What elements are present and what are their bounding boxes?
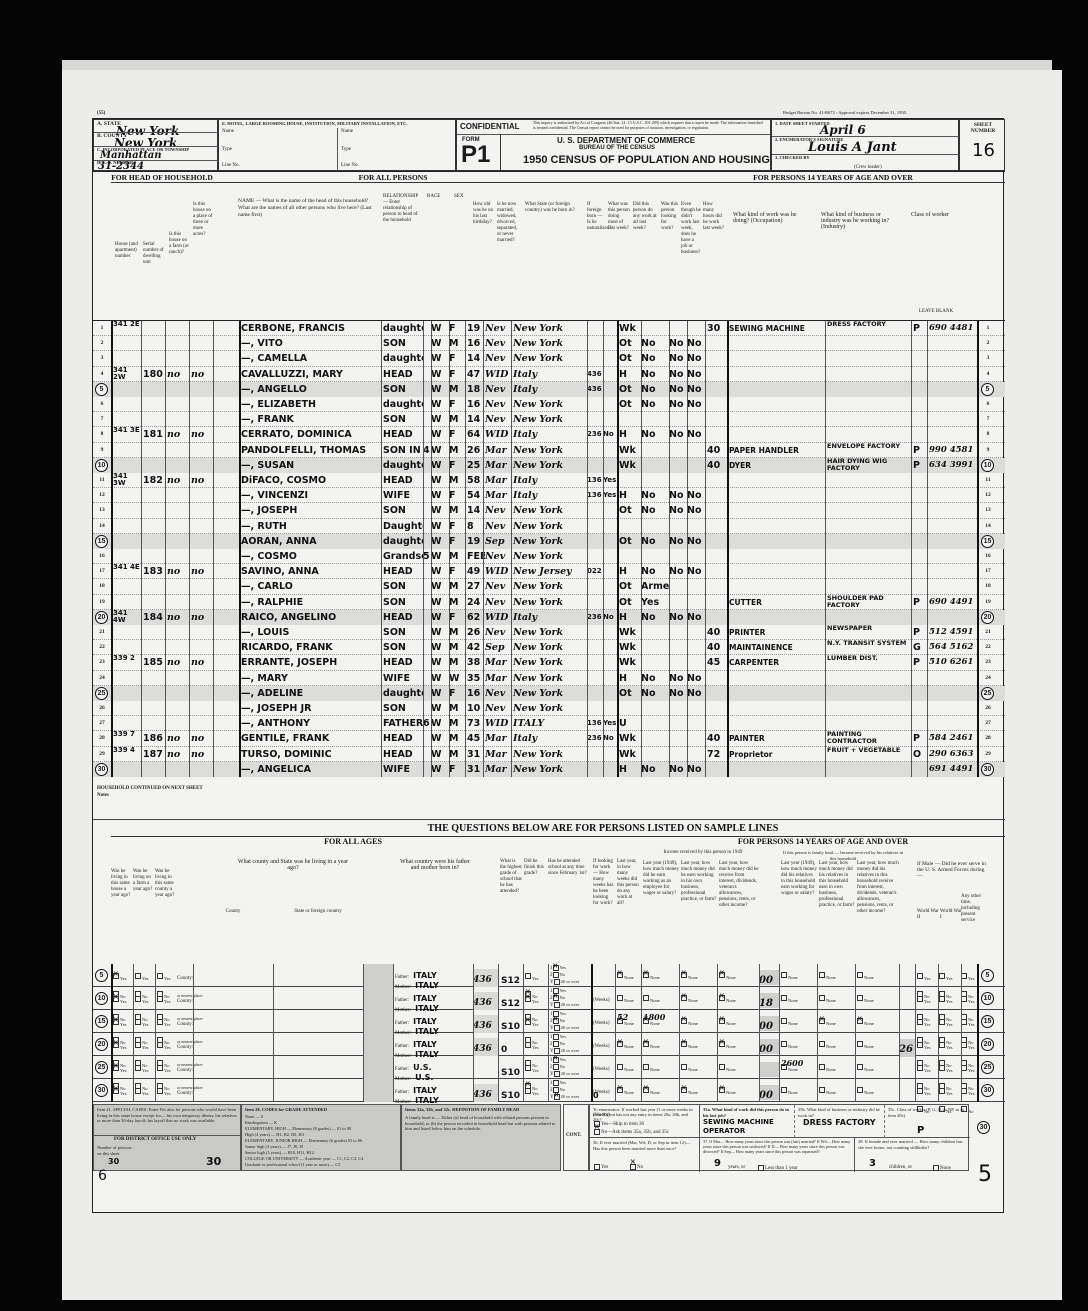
cell-sex: M	[449, 336, 465, 351]
grade-code-item: Graduate or professional school (1 year …	[245, 1162, 399, 1168]
checkbox-28[interactable]: 1Yes2NoY20 or over	[550, 988, 590, 1009]
cell-nat	[603, 336, 617, 351]
income-c31c[interactable]: None	[719, 1035, 757, 1053]
family-income-c32b[interactable]: None	[819, 1081, 857, 1099]
checkbox[interactable]	[681, 1087, 687, 1093]
income-c31c[interactable]: None	[719, 966, 757, 984]
section-persons-14-and-over: FOR PERSONS 14 YEARS OF AGE AND OVER	[703, 173, 963, 182]
q38-none-checkbox[interactable]	[933, 1165, 939, 1171]
checkbox[interactable]	[857, 1041, 863, 1047]
checkbox[interactable]	[554, 1025, 560, 1031]
checkbox[interactable]	[781, 1041, 787, 1047]
checkbox[interactable]	[553, 965, 559, 971]
cell-acres: no	[191, 610, 213, 625]
family-income-c32b[interactable]: None	[819, 966, 857, 984]
income-c31a[interactable]: None	[643, 1081, 681, 1099]
cell-c15: Ot	[619, 579, 641, 594]
checkbox[interactable]	[617, 1041, 623, 1047]
q34-no-checkbox[interactable]	[594, 1129, 600, 1135]
cell-race: W	[431, 443, 447, 458]
cell-c17: No	[669, 397, 687, 412]
cell-birthplace: New York	[513, 458, 585, 473]
column-divider	[911, 321, 912, 777]
cell-industry	[827, 701, 911, 716]
cell-industry	[827, 412, 911, 427]
cell-c15: Ot	[619, 382, 641, 397]
enumerator-box: 1. DATE SHEET STARTED April 6 2. ENUMERA…	[771, 119, 959, 171]
cell-cls	[913, 610, 927, 625]
checkbox[interactable]	[819, 1041, 825, 1047]
cell-marital: WID	[485, 367, 511, 382]
sample-line-marker: 5	[95, 969, 108, 982]
checkbox[interactable]	[719, 1018, 725, 1024]
cell-a	[423, 655, 431, 670]
cell-farm	[167, 549, 189, 564]
col-header-age: How old was he on his last birthday?	[473, 202, 495, 226]
checkbox[interactable]	[917, 996, 923, 1002]
cell-farm	[167, 412, 189, 427]
income-c31c[interactable]: None	[719, 1081, 757, 1099]
cell-serial	[143, 579, 165, 594]
cell-house	[113, 351, 141, 366]
cell-cls	[913, 488, 927, 503]
checkbox[interactable]	[917, 973, 923, 979]
cell-race: W	[431, 321, 447, 336]
cell-c15: Wk	[619, 458, 641, 473]
cell-code	[929, 519, 977, 534]
checkbox[interactable]	[643, 1041, 649, 1047]
checkbox[interactable]	[617, 972, 623, 978]
cell-occupation: CUTTER	[729, 595, 825, 610]
cell-industry	[827, 549, 911, 564]
cell-house	[113, 519, 141, 534]
cell-rel: daughter	[383, 534, 423, 549]
cell-c18: No	[687, 367, 705, 382]
family-income-c32b[interactable]: None	[819, 1035, 857, 1053]
checkbox[interactable]	[719, 972, 725, 978]
checkbox-28[interactable]: 1Yes2NoY20 or over	[550, 1057, 590, 1078]
checkbox[interactable]	[643, 972, 649, 978]
checkbox[interactable]	[643, 1018, 649, 1024]
line-number: 8	[93, 431, 111, 437]
bureau-name: BUREAU OF THE CENSUS	[579, 145, 655, 151]
checkbox[interactable]	[857, 972, 863, 978]
family-income-c32c[interactable]: None	[857, 966, 895, 984]
income-c31c[interactable]: None	[719, 1012, 757, 1030]
checkbox[interactable]	[525, 973, 531, 979]
cell-rel: SON	[383, 701, 423, 716]
checkbox-28[interactable]: 1Yes2NoY20 or over	[550, 965, 590, 986]
cell-code	[929, 367, 977, 382]
line-number: 7	[93, 416, 111, 422]
sample-row: 25YesNoYesNoYesNoCounty:or nearest place…	[93, 1056, 1005, 1079]
checkbox[interactable]	[857, 995, 863, 1001]
checkbox[interactable]	[857, 1018, 863, 1024]
checkbox[interactable]	[617, 1018, 623, 1024]
name-label-2: Name	[341, 129, 353, 135]
family-income-c32a[interactable]: None	[781, 1012, 819, 1030]
checkbox[interactable]	[719, 1041, 725, 1047]
cell-marital: WID	[485, 427, 511, 442]
persons-on-sheet: 30	[108, 1157, 119, 1166]
checkbox[interactable]	[157, 973, 163, 979]
checkbox[interactable]	[135, 996, 141, 1002]
cell-cls	[913, 427, 927, 442]
cell-industry	[827, 671, 911, 686]
cell-b	[587, 655, 603, 670]
cell-nat: Yes	[603, 488, 617, 503]
checkbox[interactable]	[781, 1064, 787, 1070]
checkbox[interactable]	[525, 996, 531, 1002]
line-number: 18	[93, 583, 111, 589]
income-c31b[interactable]: None	[681, 989, 719, 1007]
checkbox[interactable]	[525, 1019, 531, 1025]
checkbox[interactable]	[719, 1087, 725, 1093]
col-header-house-number: House (and apartment) number	[115, 242, 139, 260]
cell-marital: Mar	[485, 488, 511, 503]
cell-c15: H	[619, 427, 641, 442]
checkbox[interactable]	[553, 1080, 559, 1086]
income-c31a[interactable]: None	[643, 1058, 681, 1076]
line-number-right: 6	[981, 401, 995, 407]
income-c31c[interactable]: None	[719, 989, 757, 1007]
col-header-class: Class of worker	[911, 212, 961, 218]
q34-yes-option[interactable]: Yes—Skip to item 36	[594, 1121, 644, 1128]
checkbox[interactable]	[819, 1087, 825, 1093]
income-c31c[interactable]: None	[719, 1058, 757, 1076]
checkbox[interactable]	[554, 1002, 560, 1008]
cell-acres	[191, 443, 213, 458]
cell-acres: no	[191, 473, 213, 488]
checkbox[interactable]	[553, 1064, 559, 1070]
q38-none-label: None	[940, 1166, 951, 1171]
checkbox[interactable]	[939, 1088, 945, 1094]
cell-c15: Ot	[619, 686, 641, 701]
cell-rel: SON	[383, 625, 423, 640]
cell-industry: HAIR DYING WIG FACTORY	[827, 458, 911, 473]
cell-industry	[827, 716, 911, 731]
checkbox[interactable]	[917, 1088, 923, 1094]
cell-farm	[167, 701, 189, 716]
checkbox[interactable]	[939, 1019, 945, 1025]
cell-name: CAVALLUZZI, MARY	[241, 367, 381, 382]
checkbox[interactable]	[643, 1087, 649, 1093]
checkbox[interactable]	[157, 996, 163, 1002]
checkbox[interactable]	[819, 972, 825, 978]
cell-race: W	[431, 747, 447, 762]
cell-code	[929, 701, 977, 716]
family-income-c32a[interactable]: None	[781, 1058, 819, 1076]
cell-b	[587, 458, 603, 473]
cell-c18	[687, 640, 705, 655]
cell-race: W	[431, 640, 447, 655]
code-f: 00	[759, 970, 779, 985]
income-c31a[interactable]: None	[643, 1035, 681, 1053]
cell-b	[587, 579, 603, 594]
checkbox[interactable]	[135, 1019, 141, 1025]
cell-acres	[191, 488, 213, 503]
cell-house	[113, 701, 141, 716]
checkbox[interactable]	[553, 1018, 559, 1024]
table-row: 1717341 4E183nonoSAVINO, ANNAHEADWF49WID…	[93, 564, 1005, 579]
cell-acres: no	[191, 367, 213, 382]
family-income-c32c[interactable]: None	[857, 1081, 895, 1099]
checkbox[interactable]	[643, 995, 649, 1001]
cell-cls: P	[913, 625, 927, 640]
cell-industry: FRUIT + VEGETABLE	[827, 747, 911, 762]
cell-c15	[619, 519, 641, 534]
cell-name: —, ANGELICA	[241, 762, 381, 777]
income-c31a[interactable]: None	[643, 966, 681, 984]
weeks-worked[interactable]: None	[617, 1081, 641, 1099]
income-c31b[interactable]: None	[681, 1035, 719, 1053]
cell-race: W	[431, 367, 447, 382]
cell-nat	[603, 519, 617, 534]
cell-rel: SON	[383, 579, 423, 594]
column-divider	[679, 964, 680, 1102]
sample-line-marker-right: 10	[981, 992, 994, 1005]
census-sheet: (55) a. STATE New York b. COUNTY New Yor…	[92, 118, 1004, 1213]
checkbox[interactable]	[917, 1042, 923, 1048]
cell-code	[929, 397, 977, 412]
cell-c15	[619, 549, 641, 564]
family-income-c32c[interactable]: None	[857, 989, 895, 1007]
cell-a	[423, 427, 431, 442]
cell-c16: No	[641, 503, 669, 518]
checkbox[interactable]	[135, 973, 141, 979]
q36-no-checkbox[interactable]	[630, 1164, 636, 1170]
cell-serial	[143, 503, 165, 518]
form-code: (55)	[97, 111, 105, 117]
grade-codes-list: None — 0Kindergarten — KELEMENTARY, HIGH…	[245, 1114, 399, 1168]
sample-line-marker: 30	[95, 763, 108, 776]
cell-industry: DRESS FACTORY	[827, 321, 911, 336]
checkbox[interactable]	[157, 1065, 163, 1071]
cell-house	[113, 579, 141, 594]
column-divider	[423, 321, 424, 777]
checkbox[interactable]	[157, 1042, 163, 1048]
checkbox[interactable]	[857, 1064, 863, 1070]
cell-c18	[687, 473, 705, 488]
cell-birthplace: New York	[513, 336, 585, 351]
checkbox[interactable]	[113, 1019, 119, 1025]
column-divider	[817, 964, 818, 1102]
cell-cls: P	[913, 731, 927, 746]
checkbox[interactable]	[157, 1088, 163, 1094]
income-c31b[interactable]: None	[681, 1012, 719, 1030]
family-income-c32b[interactable]: None	[819, 1058, 857, 1076]
cell-cls: P	[913, 321, 927, 336]
checkbox[interactable]	[113, 1088, 119, 1094]
family-income-c32a[interactable]: None	[781, 989, 819, 1007]
checkbox[interactable]	[917, 1019, 923, 1025]
checkbox[interactable]	[939, 1065, 945, 1071]
checkbox-28[interactable]: 1Yes2NoY20 or over	[550, 1080, 590, 1101]
cell-c18: No	[687, 534, 705, 549]
checkbox[interactable]	[781, 1087, 787, 1093]
checkbox[interactable]	[113, 996, 119, 1002]
checkbox[interactable]	[719, 1064, 725, 1070]
income-c31b[interactable]: None	[681, 966, 719, 984]
income-c31b[interactable]: None	[681, 1058, 719, 1076]
sample-header-31a: Last year (1949), how much money did he …	[643, 861, 679, 897]
cell-marital: Mar	[485, 747, 511, 762]
checkbox[interactable]	[135, 1065, 141, 1071]
cell-c18: No	[687, 686, 705, 701]
checkbox[interactable]	[113, 973, 119, 979]
checkbox[interactable]	[113, 1042, 119, 1048]
checkbox[interactable]	[939, 996, 945, 1002]
weeks-worked[interactable]: None	[617, 966, 641, 984]
cell-sex: M	[449, 747, 465, 762]
sample-line-marker: 20	[95, 611, 108, 624]
column-divider	[938, 964, 939, 1102]
table-row: 11341 2ECERBONE, FRANCISdaughterWF19NevN…	[93, 321, 1005, 336]
checkbox[interactable]	[719, 995, 725, 1001]
checkbox[interactable]	[939, 973, 945, 979]
checkbox[interactable]	[554, 1071, 560, 1077]
leave-blank-d	[363, 1010, 393, 1033]
sample-line-marker-right: 5	[981, 383, 994, 396]
cell-c15	[619, 473, 641, 488]
cell-b	[587, 412, 603, 427]
checkbox[interactable]	[617, 995, 623, 1001]
line-number: 23	[93, 659, 111, 665]
table-row: 1010—, SUSANdaughterWF25MarNew YorkWk40D…	[93, 458, 1005, 473]
checkbox[interactable]	[135, 1042, 141, 1048]
income-c31a[interactable]: None	[643, 1012, 681, 1030]
weeks-worked[interactable]: None	[617, 1035, 641, 1053]
cell-c18	[687, 655, 705, 670]
cell-a: 6	[423, 716, 431, 731]
checkbox[interactable]	[781, 1018, 787, 1024]
cell-occupation	[729, 503, 825, 518]
cell-house: 339 7	[113, 731, 141, 746]
checkbox[interactable]	[939, 1042, 945, 1048]
line-number: 27	[93, 720, 111, 726]
sample-row: 30YesNoYesNoYesNoCounty:or nearest place…	[93, 1079, 1005, 1102]
cell-birthplace: Italy	[513, 731, 585, 746]
checkbox[interactable]	[113, 1065, 119, 1071]
cell-code	[929, 503, 977, 518]
checkbox[interactable]	[554, 1094, 560, 1100]
cell-serial	[143, 443, 165, 458]
cell-house: 339 2	[113, 655, 141, 670]
checkbox[interactable]	[525, 1088, 531, 1094]
sample-header-26: What is the highest grade of school that…	[500, 859, 522, 895]
col-header-any-work: Did this person do any work at all last …	[633, 202, 659, 232]
checkbox[interactable]	[157, 1019, 163, 1025]
checkbox[interactable]	[553, 1057, 559, 1063]
cell-house	[113, 336, 141, 351]
checkbox[interactable]	[681, 1064, 687, 1070]
checkbox[interactable]	[781, 995, 787, 1001]
checkbox[interactable]	[135, 1088, 141, 1094]
family-head-definition-box: Items 32a, 32b, and 32c. DEFINITION OF F…	[401, 1104, 561, 1171]
cell-c17	[669, 519, 687, 534]
q34-no-option[interactable]: No—Ask items 35a, 35b, and 35c	[594, 1129, 669, 1136]
cell-rel: HEAD	[383, 610, 423, 625]
checkbox[interactable]	[643, 1064, 649, 1070]
cell-marital: Sep	[485, 640, 511, 655]
checkbox[interactable]	[553, 972, 559, 978]
cell-c16	[641, 655, 669, 670]
family-income-c32c[interactable]: None	[857, 1012, 895, 1030]
q36-yes-checkbox[interactable]	[594, 1164, 600, 1170]
table-row: 2929339 4187nonoTURSO, DOMINICHEADWM31Ma…	[93, 747, 1005, 762]
q36-yes-option[interactable]: Yes	[594, 1164, 608, 1171]
checkbox[interactable]	[681, 1041, 687, 1047]
table-row: 33—, CAMELLAdaughterWF14NevNew YorkOtNoN…	[93, 351, 1005, 366]
questions-34-38: To enumerator: If worked last year (1 or…	[589, 1104, 969, 1171]
q35a-answer: SEWING MACHINE OPERATOR	[703, 1118, 793, 1136]
cell-marital: Nev	[485, 686, 511, 701]
checkbox[interactable]	[553, 1041, 559, 1047]
q37-less-option[interactable]: Less than 1 year	[758, 1165, 798, 1172]
checkbox[interactable]	[917, 1065, 923, 1071]
cell-industry	[827, 610, 911, 625]
cell-industry: N.Y. TRANSIT SYSTEM	[827, 640, 911, 655]
checkbox[interactable]	[681, 995, 687, 1001]
cell-c15: H	[619, 367, 641, 382]
weeks-worked[interactable]: None	[617, 1012, 641, 1030]
cell-c18	[687, 731, 705, 746]
cell-hours	[707, 564, 727, 579]
checkbox[interactable]	[681, 972, 687, 978]
checkbox[interactable]	[617, 1087, 623, 1093]
checkbox[interactable]	[819, 1064, 825, 1070]
cell-c18: No	[687, 336, 705, 351]
table-row: 2727—, ANTHONYFATHER6WM73WIDITALY136YesU	[93, 716, 1005, 731]
cell-serial	[143, 488, 165, 503]
code-e: 436	[473, 1015, 498, 1033]
weeks-worked[interactable]: None	[617, 1058, 641, 1076]
checkbox[interactable]	[819, 995, 825, 1001]
line-number: 22	[93, 644, 111, 650]
q38-none-option[interactable]: None	[933, 1165, 951, 1172]
sample-line-marker-30: 30	[977, 1121, 990, 1134]
family-income-c32c[interactable]: None	[857, 1058, 895, 1076]
checkbox[interactable]	[819, 1018, 825, 1024]
cell-serial: 187	[143, 747, 165, 762]
col-header-marital: Is he now married, widowed, divorced, se…	[497, 202, 521, 244]
checkbox[interactable]	[525, 1042, 531, 1048]
cell-name: PANDOLFELLI, THOMAS	[241, 443, 381, 458]
family-income-c32a[interactable]: None	[781, 966, 819, 984]
checkbox[interactable]	[553, 1034, 559, 1040]
family-income-c32c[interactable]: None	[857, 1035, 895, 1053]
checkbox[interactable]	[857, 1087, 863, 1093]
family-income-c32b[interactable]: None	[819, 1012, 857, 1030]
checkbox[interactable]	[525, 1065, 531, 1071]
checkbox[interactable]	[681, 1018, 687, 1024]
family-income-c32b[interactable]: None	[819, 989, 857, 1007]
checkbox[interactable]	[781, 972, 787, 978]
line-number-right: 7	[981, 416, 995, 422]
checkbox[interactable]	[554, 979, 560, 985]
income-c31b[interactable]: None	[681, 1081, 719, 1099]
checkbox[interactable]	[553, 995, 559, 1001]
q37-less-checkbox[interactable]	[758, 1165, 764, 1171]
checkbox[interactable]	[617, 1064, 623, 1070]
sample-header-32a: Last year (1949), how much money did his…	[781, 861, 817, 897]
cell-sex: M	[449, 412, 465, 427]
family-income-c32a[interactable]: None	[781, 1081, 819, 1099]
cell-c15: H	[619, 488, 641, 503]
sample-line-marker-right: 10	[981, 459, 994, 472]
checkbox-28[interactable]: 1Yes2NoY20 or over	[550, 1011, 590, 1032]
q36-no-option[interactable]: No	[630, 1164, 643, 1171]
